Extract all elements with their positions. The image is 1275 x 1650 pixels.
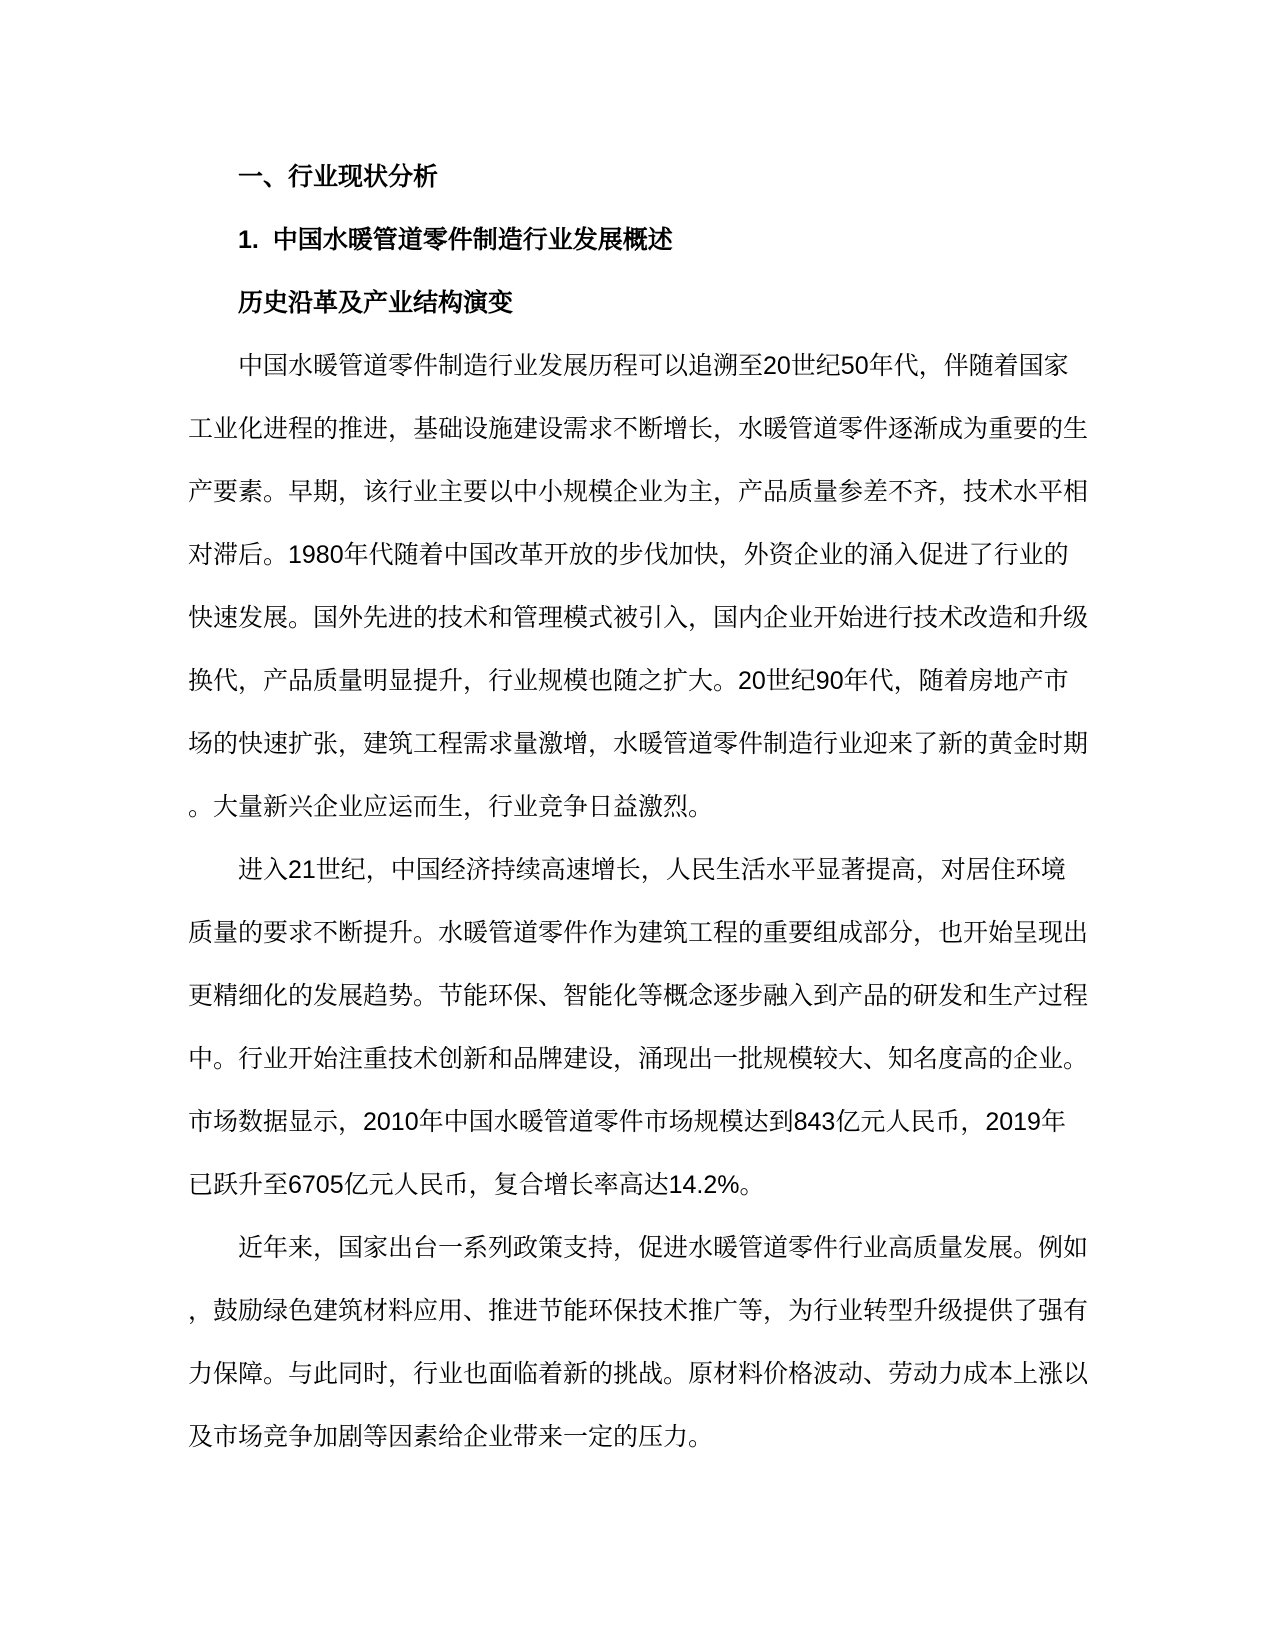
paragraph-1-line-5: 快速发展。国外先进的技术和管理模式被引入，国内企业开始进行技术改造和升级 bbox=[188, 587, 1093, 650]
subsection-heading: 1. 中国水暖管道零件制造行业发展概述 bbox=[188, 209, 1093, 272]
paragraph-2-line-6: 已跃升至6705亿元人民币，复合增长率高达14.2%。 bbox=[188, 1154, 1093, 1217]
paragraph-2-line-4: 中。行业开始注重技术创新和品牌建设，涌现出一批规模较大、知名度高的企业。 bbox=[188, 1028, 1093, 1091]
paragraph-2-line-3: 更精细化的发展趋势。节能环保、智能化等概念逐步融入到产品的研发和生产过程 bbox=[188, 965, 1093, 1028]
paragraph-3-line-3: 力保障。与此同时，行业也面临着新的挑战。原材料价格波动、劳动力成本上涨以 bbox=[188, 1343, 1093, 1406]
paragraph-2-line-5: 市场数据显示，2010年中国水暖管道零件市场规模达到843亿元人民币，2019年 bbox=[188, 1091, 1093, 1154]
paragraph-1-line-6: 换代，产品质量明显提升，行业规模也随之扩大。20世纪90年代，随着房地产市 bbox=[188, 650, 1093, 713]
paragraphs-container: 中国水暖管道零件制造行业发展历程可以追溯至20世纪50年代，伴随着国家工业化进程… bbox=[188, 335, 1093, 1469]
paragraph-1-line-4: 对滞后。1980年代随着中国改革开放的步伐加快，外资企业的涌入促进了行业的 bbox=[188, 524, 1093, 587]
paragraph-3-line-4: 及市场竞争加剧等因素给企业带来一定的压力。 bbox=[188, 1406, 1093, 1469]
paragraph-1-line-3: 产要素。早期，该行业主要以中小规模企业为主，产品质量参差不齐，技术水平相 bbox=[188, 461, 1093, 524]
paragraph-3-line-2: ，鼓励绿色建筑材料应用、推进节能环保技术推广等，为行业转型升级提供了强有 bbox=[188, 1280, 1093, 1343]
paragraph-2-line-1: 进入21世纪，中国经济持续高速增长，人民生活水平显著提高，对居住环境 bbox=[188, 839, 1093, 902]
paragraph-1-line-8: 。大量新兴企业应运而生，行业竞争日益激烈。 bbox=[188, 776, 1093, 839]
paragraph-1-line-2: 工业化进程的推进，基础设施建设需求不断增长，水暖管道零件逐渐成为重要的生 bbox=[188, 398, 1093, 461]
paragraph-1-line-7: 场的快速扩张，建筑工程需求量激增，水暖管道零件制造行业迎来了新的黄金时期 bbox=[188, 713, 1093, 776]
document-content: 一、行业现状分析 1. 中国水暖管道零件制造行业发展概述 历史沿革及产业结构演变… bbox=[188, 146, 1093, 1469]
paragraph-2-line-2: 质量的要求不断提升。水暖管道零件作为建筑工程的重要组成部分，也开始呈现出 bbox=[188, 902, 1093, 965]
topic-heading: 历史沿革及产业结构演变 bbox=[188, 272, 1093, 335]
paragraph-1-line-1: 中国水暖管道零件制造行业发展历程可以追溯至20世纪50年代，伴随着国家 bbox=[188, 335, 1093, 398]
section-heading: 一、行业现状分析 bbox=[188, 146, 1093, 209]
document-page: 一、行业现状分析 1. 中国水暖管道零件制造行业发展概述 历史沿革及产业结构演变… bbox=[0, 0, 1275, 1650]
paragraph-3-line-1: 近年来，国家出台一系列政策支持，促进水暖管道零件行业高质量发展。例如 bbox=[188, 1217, 1093, 1280]
